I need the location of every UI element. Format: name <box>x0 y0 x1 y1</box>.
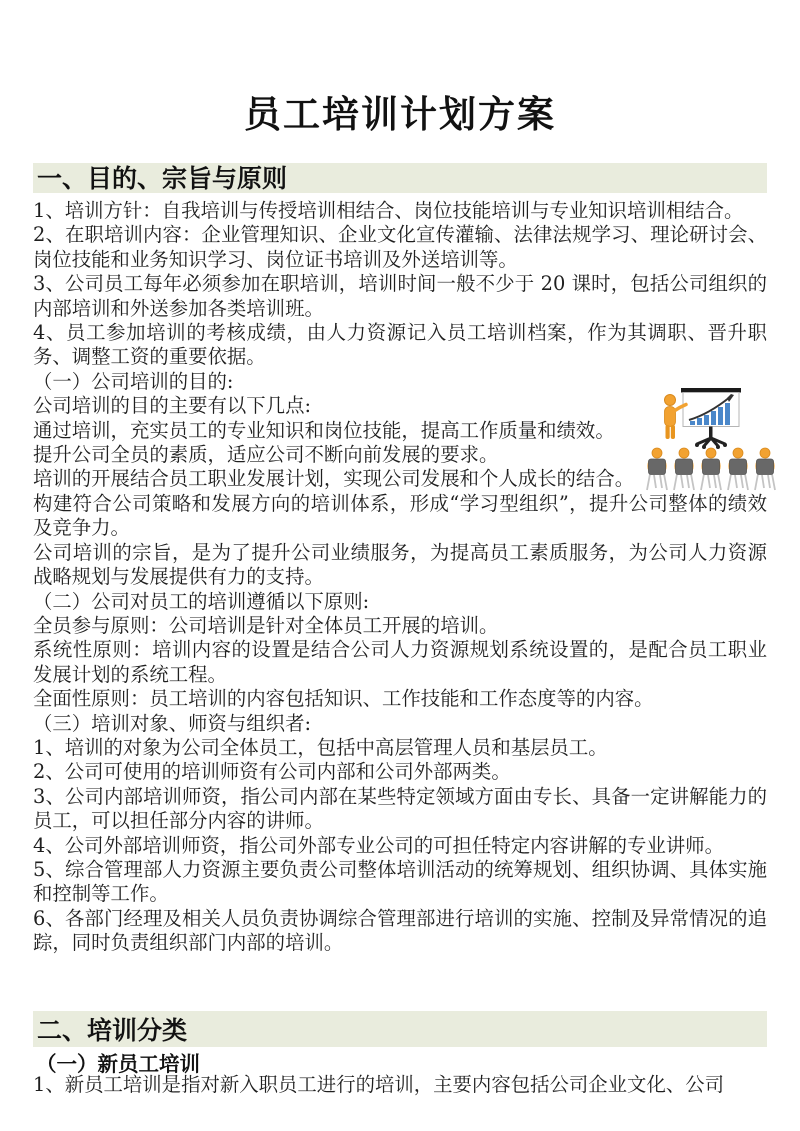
paragraph: 3、公司员工每年必须参加在职培训，培训时间一般不少于 20 课时，包括公司组织的… <box>33 272 767 321</box>
paragraph: 1、新员工培训是指对新入职员工进行的培训，主要内容包括公司企业文化、公司 <box>33 1073 767 1097</box>
paragraph: 1、培训的对象为公司全体员工，包括中高层管理人员和基层员工。 <box>33 736 767 760</box>
paragraph: 6、各部门经理及相关人员负责协调综合管理部进行培训的实施、控制及异常情况的追踪，… <box>33 907 767 956</box>
paragraph: （三）培训对象、师资与组织者: <box>33 712 767 736</box>
paragraph: 4、公司外部培训师资，指公司外部专业公司的可担任特定内容讲解的专业讲师。 <box>33 834 767 858</box>
audience-figures-icon <box>647 448 775 490</box>
section-heading-1: 一、目的、宗旨与原则 <box>33 163 767 193</box>
training-clipart-illustration <box>645 383 779 497</box>
paragraph: 2、在职培训内容：企业管理知识、企业文化宣传灌输、法律法规学习、理论研讨会、岗位… <box>33 223 767 272</box>
section-heading-2: 二、培训分类 <box>33 1011 767 1047</box>
paragraph: 1、培训方针：自我培训与传授培训相结合、岗位技能培训与专业知识培训相结合。 <box>33 199 767 223</box>
section-1-body: 1、培训方针：自我培训与传授培训相结合、岗位技能培训与专业知识培训相结合。2、在… <box>33 199 767 956</box>
paragraph: 系统性原则：培训内容的设置是结合公司人力资源规划系统设置的，是配合员工职业发展计… <box>33 638 767 687</box>
paragraph: （二）公司对员工的培训遵循以下原则: <box>33 590 767 614</box>
paragraph: 5、综合管理部人力资源主要负责公司整体培训活动的统筹规划、组织协调、具体实施和控… <box>33 858 767 907</box>
presentation-board-icon <box>681 388 741 449</box>
section-2-body: 1、新员工培训是指对新入职员工进行的培训，主要内容包括公司企业文化、公司 <box>33 1073 767 1097</box>
paragraph: 公司培训的宗旨，是为了提升公司业绩服务，为提高员工素质服务，为公司人力资源战略规… <box>33 541 767 590</box>
paragraph: 2、公司可使用的培训师资有公司内部和公司外部两类。 <box>33 760 767 784</box>
paragraph: 3、公司内部培训师资，指公司内部在某些特定领域方面由专长、具备一定讲解能力的员工… <box>33 785 767 834</box>
paragraph: 4、员工参加培训的考核成绩，由人力资源记入员工培训档案，作为其调职、晋升职务、调… <box>33 321 767 370</box>
document-page: 员工培训计划方案 一、目的、宗旨与原则 1、培训方针：自我培训与传授培训相结合、… <box>0 0 800 1131</box>
document-title: 员工培训计划方案 <box>0 84 800 138</box>
paragraph: 构建符合公司策略和发展方向的培训体系，形成“学习型组织”，提升公司整体的绩效及竞… <box>33 492 767 541</box>
paragraph: 全面性原则：员工培训的内容包括知识、工作技能和工作态度等的内容。 <box>33 687 767 711</box>
paragraph: 全员参与原则：公司培训是针对全体员工开展的培训。 <box>33 614 767 638</box>
